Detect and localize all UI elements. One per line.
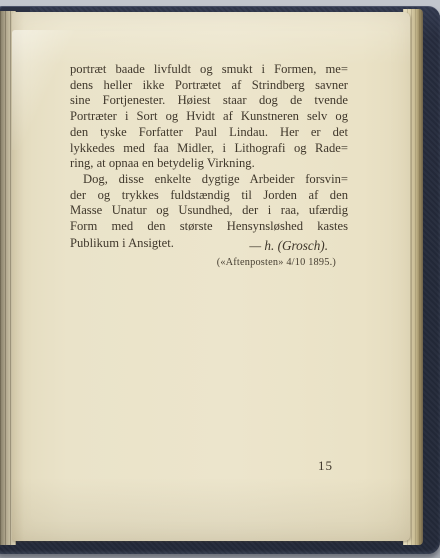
source-credit: («Aftenposten» 4/10 1895.) bbox=[70, 255, 348, 271]
text-line: Form med den største Hensynsløshed kaste… bbox=[70, 219, 348, 235]
book-page: portræt baade livfuldt og smukt i Formen… bbox=[12, 12, 410, 541]
screenshot-root: { "book": { "colors": { "paper": "#ebe4c… bbox=[0, 0, 440, 558]
text-line: Publikum i Ansigtet. bbox=[70, 236, 249, 252]
text-line: portræt baade livfuldt og smukt i Formen… bbox=[70, 62, 348, 78]
text-line: der og trykkes fuldstændig til Jorden af… bbox=[70, 188, 348, 204]
page-text-block: portræt baade livfuldt og smukt i Formen… bbox=[70, 62, 348, 271]
book-photo: portræt baade livfuldt og smukt i Formen… bbox=[0, 0, 440, 558]
text-line: Portræter i Sort og Hvidt af Kunstneren … bbox=[70, 109, 348, 125]
text-line: dens heller ikke Portrætet af Strindberg… bbox=[70, 78, 348, 94]
text-line: den tyske Forfatter Paul Lindau. Her er … bbox=[70, 125, 348, 141]
text-line: Masse Unatur og Usundhed, der i raa, ufæ… bbox=[70, 203, 348, 219]
last-line-with-signature: Publikum i Ansigtet. — h. (Grosch). bbox=[70, 235, 348, 252]
author-signature: — h. (Grosch). bbox=[249, 238, 328, 254]
page-number: 15 bbox=[318, 458, 333, 474]
text-line: ring, at opnaa en betydelig Virkning. bbox=[70, 156, 348, 172]
text-line: lykkedes med faa Midler, i Lithografi og… bbox=[70, 141, 348, 157]
text-line: sine Fortjenester. Høiest staar dog de t… bbox=[70, 93, 348, 109]
text-line: Dog, disse enkelte dygtige Arbeider fors… bbox=[70, 172, 348, 188]
